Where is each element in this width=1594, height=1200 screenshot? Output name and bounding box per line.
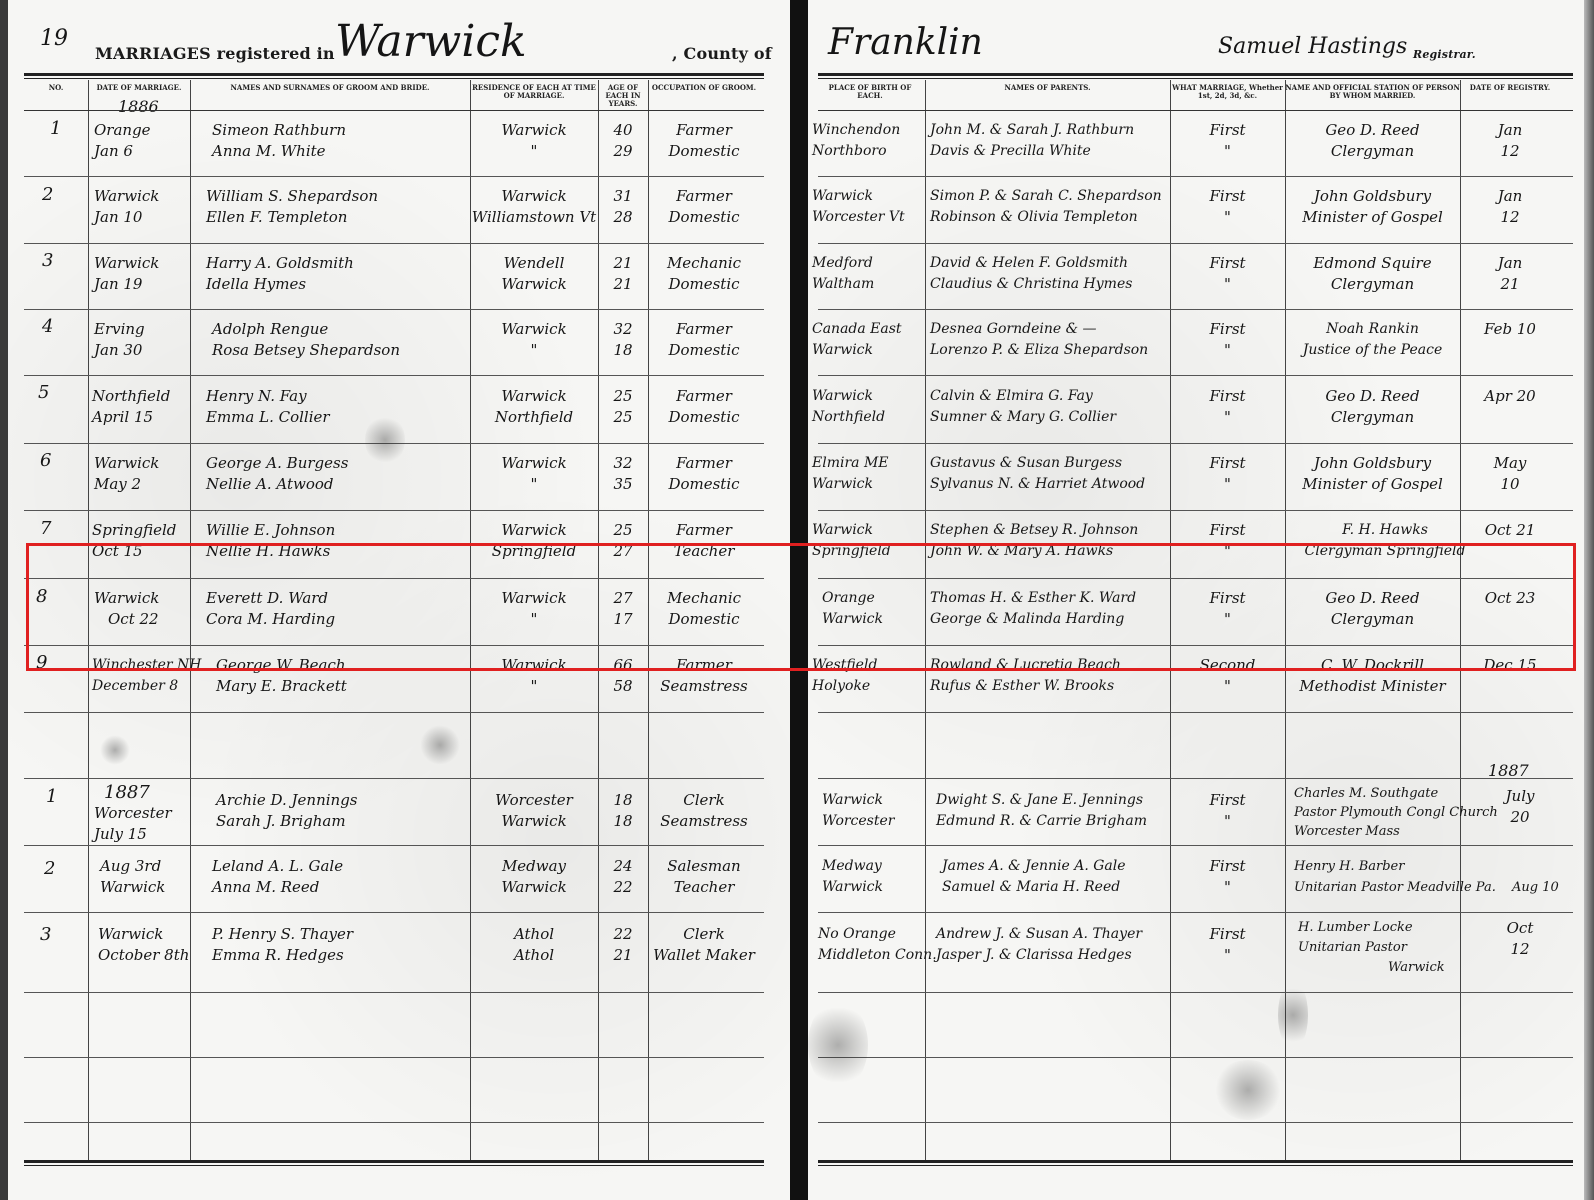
occupation: MechanicDomestic: [648, 588, 760, 630]
registry-date: Feb 10: [1460, 319, 1560, 340]
occupation: FarmerTeacher: [648, 520, 760, 562]
col-header-registry-date: DATE OF REGISTRY.: [1460, 84, 1560, 110]
what-marriage: First": [1170, 924, 1285, 966]
row-divider: [24, 712, 764, 713]
row-divider: [818, 778, 1573, 779]
record-no: 2: [44, 858, 55, 879]
parents: Rowland & Lucretia BeachRufus & Esther W…: [930, 655, 1121, 697]
officiant: H. Lumber LockeUnitarian PastorWarwick: [1298, 918, 1445, 978]
county-label: , County of: [672, 44, 772, 63]
col-header-occupation: OCCUPATION OF GROOM.: [648, 84, 760, 110]
residence: WarwickSpringfield: [470, 520, 598, 562]
marriage-date: Winchester NHDecember 8: [92, 655, 201, 697]
row-divider: [24, 578, 764, 579]
occupation: ClerkSeamstress: [648, 790, 760, 832]
marriage-date: WarwickOct 22: [94, 588, 159, 630]
officiant: John GoldsburyMinister of Gospel: [1285, 453, 1460, 495]
what-marriage: First": [1170, 386, 1285, 428]
ink-stain: [1278, 980, 1308, 1050]
town-name: Warwick: [335, 16, 527, 67]
row-divider: [24, 1057, 764, 1058]
record-no: 6: [40, 450, 51, 471]
groom-bride-names: Adolph RengueRosa Betsey Shepardson: [212, 319, 400, 361]
ages: 1818: [598, 790, 648, 832]
record-no: 9: [36, 652, 47, 673]
groom-bride-names: Henry N. FayEmma L. Collier: [206, 386, 330, 428]
birthplace: WarwickNorthfield: [812, 386, 885, 428]
occupation: FarmerDomestic: [648, 386, 760, 428]
col-header-parents: NAMES OF PARENTS.: [925, 84, 1170, 110]
residence: Warwick": [470, 319, 598, 361]
double-rule-top: [818, 73, 1573, 76]
parents: Thomas H. & Esther K. WardGeorge & Malin…: [930, 588, 1136, 630]
ages: 2525: [598, 386, 648, 428]
ink-stain: [808, 1000, 868, 1090]
row-divider: [818, 243, 1573, 244]
ink-stain: [1213, 1060, 1283, 1120]
what-marriage: Second": [1170, 655, 1285, 697]
marriage-date: ErvingJan 30: [94, 319, 145, 361]
marriage-date: Aug 3rdWarwick: [100, 856, 165, 898]
col-header-age: AGE OF EACH IN YEARS.: [598, 84, 648, 110]
birthplace: MedwayWarwick: [822, 856, 883, 898]
occupation: SalesmanTeacher: [648, 856, 760, 898]
row-divider: [818, 375, 1573, 376]
what-marriage: First": [1170, 856, 1285, 898]
ages: 3128: [598, 186, 648, 228]
occupation: FarmerDomestic: [648, 186, 760, 228]
officiant: Henry H. BarberUnitarian Pastor Meadvill…: [1294, 856, 1496, 898]
bottom-rule-thin: [818, 1165, 1573, 1166]
groom-bride-names: Leland A. L. GaleAnna M. Reed: [212, 856, 343, 898]
residence: WorcesterWarwick: [470, 790, 598, 832]
marriage-date: WarwickOctober 8th: [98, 924, 189, 966]
registry-date: Oct12: [1480, 918, 1560, 960]
residence: WendellWarwick: [470, 253, 598, 295]
register-title: MARRIAGES registered in: [95, 44, 335, 63]
record-no: 3: [40, 924, 51, 945]
what-marriage: First": [1170, 120, 1285, 162]
registry-date: Apr 20: [1460, 386, 1560, 407]
parents: Desnea Gorndeine & —Lorenzo P. & Eliza S…: [930, 319, 1148, 361]
ages: 4029: [598, 120, 648, 162]
occupation: ClerkWallet Maker: [648, 924, 760, 966]
officiant: John GoldsburyMinister of Gospel: [1285, 186, 1460, 228]
officiant: Noah RankinJustice of the Peace: [1285, 319, 1460, 361]
row-divider: [818, 845, 1573, 846]
birthplace: WarwickWorcester: [822, 790, 894, 832]
double-rule-bottom: [24, 78, 764, 79]
ledger-page-left: 19 MARRIAGES registered in Warwick , Cou…: [0, 0, 792, 1200]
row-divider: [818, 645, 1573, 646]
residence: AtholAthol: [470, 924, 598, 966]
ages: 6658: [598, 655, 648, 697]
col-header-what-marriage: WHAT MARRIAGE, Whether 1st, 2d, 3d, &c.: [1170, 84, 1285, 110]
ages: 2422: [598, 856, 648, 898]
residence: MedwayWarwick: [470, 856, 598, 898]
bottom-rule-thin: [24, 1165, 764, 1166]
residence: WarwickWilliamstown Vt: [470, 186, 598, 228]
what-marriage: First": [1170, 790, 1285, 832]
title-prefix: MARRIAGES registered in: [95, 44, 335, 63]
groom-bride-names: George A. BurgessNellie A. Atwood: [206, 453, 348, 495]
occupation: FarmerDomestic: [648, 453, 760, 495]
parents: Simon P. & Sarah C. ShepardsonRobinson &…: [930, 186, 1162, 228]
registry-date: Jan12: [1460, 120, 1560, 162]
parents: David & Helen F. GoldsmithClaudius & Chr…: [930, 253, 1132, 295]
row-divider: [818, 578, 1573, 579]
what-marriage: First": [1170, 453, 1285, 495]
row-divider: [818, 510, 1573, 511]
ages: 2527: [598, 520, 648, 562]
book-gutter: [790, 0, 810, 1200]
residence: Warwick": [470, 120, 598, 162]
marriage-date: WarwickJan 10: [94, 186, 159, 228]
parents: Stephen & Betsey R. JohnsonJohn W. & Mar…: [930, 520, 1138, 562]
ages: 2717: [598, 588, 648, 630]
birthplace: No OrangeMiddleton Conn.: [818, 924, 937, 966]
row-divider: [24, 243, 764, 244]
birthplace: Canada EastWarwick: [812, 319, 902, 361]
marriage-date: WarwickJan 19: [94, 253, 159, 295]
officiant: F. H. HawksClergyman Springfield: [1285, 520, 1485, 562]
row-divider: [24, 110, 764, 111]
row-divider: [24, 309, 764, 310]
row-divider: [818, 712, 1573, 713]
groom-bride-names: Simeon RathburnAnna M. White: [212, 120, 346, 162]
row-divider: [24, 992, 764, 993]
groom-bride-names: Everett D. WardCora M. Harding: [206, 588, 335, 630]
row-divider: [24, 912, 764, 913]
row-divider: [24, 1122, 764, 1123]
page-number: 19: [40, 26, 68, 51]
occupation: MechanicDomestic: [648, 253, 760, 295]
registry-date: Oct 21: [1460, 520, 1560, 541]
residence: WarwickNorthfield: [470, 386, 598, 428]
parents: Calvin & Elmira G. FaySumner & Mary G. C…: [930, 386, 1116, 428]
residence: Warwick": [470, 655, 598, 697]
birthplace: Elmira MEWarwick: [812, 453, 889, 495]
year-1886-label: 1886: [118, 96, 159, 117]
record-no: 4: [42, 316, 53, 337]
ledger-page-right: Franklin Samuel Hastings Registrar. PLAC…: [808, 0, 1594, 1200]
col-header-officiant: NAME AND OFFICIAL STATION OF PERSON BY W…: [1285, 84, 1460, 110]
registry-date: Aug 10: [1512, 877, 1559, 898]
row-divider: [24, 645, 764, 646]
col-header-birthplace: PLACE OF BIRTH OF EACH.: [815, 84, 925, 110]
what-marriage: First": [1170, 319, 1285, 361]
officiant: C. W. DockrillMethodist Minister: [1285, 655, 1460, 697]
registry-date: May10: [1460, 453, 1560, 495]
birthplace: WinchendonNorthboro: [812, 120, 900, 162]
residence: Warwick": [470, 588, 598, 630]
record-no: 2: [42, 184, 53, 205]
record-no: 3: [42, 250, 53, 271]
marriage-date: SpringfieldOct 15: [92, 520, 176, 562]
residence: Warwick": [470, 453, 598, 495]
row-divider: [818, 443, 1573, 444]
parents: Dwight S. & Jane E. JenningsEdmund R. & …: [936, 790, 1147, 832]
registry-date: Dec 15: [1460, 655, 1560, 676]
row-divider: [818, 176, 1573, 177]
registry-date: Oct 23: [1460, 588, 1560, 609]
officiant: Geo D. ReedClergyman: [1285, 386, 1460, 428]
row-divider: [818, 1122, 1573, 1123]
ink-stain: [100, 735, 130, 765]
col-header-no: NO.: [24, 84, 88, 110]
birthplace: WarwickSpringfield: [812, 520, 891, 562]
row-divider: [24, 778, 764, 779]
year-1887-registry-label: 1887: [1488, 760, 1529, 781]
officiant: Charles M. SouthgatePastor Plymouth Cong…: [1294, 784, 1498, 841]
col-header-names: NAMES AND SURNAMES OF GROOM AND BRIDE.: [190, 84, 470, 110]
birthplace: MedfordWaltham: [812, 253, 874, 295]
groom-bride-names: William S. ShepardsonEllen F. Templeton: [206, 186, 378, 228]
record-no: 1: [46, 786, 57, 807]
birthplace: OrangeWarwick: [822, 588, 883, 630]
row-divider: [24, 510, 764, 511]
ink-stain: [420, 725, 460, 765]
ages: 3218: [598, 319, 648, 361]
groom-bride-names: Harry A. GoldsmithIdella Hymes: [206, 253, 354, 295]
what-marriage: First": [1170, 588, 1285, 630]
row-divider: [818, 992, 1573, 993]
parents: Andrew J. & Susan A. ThayerJasper J. & C…: [936, 924, 1142, 966]
ages: 3235: [598, 453, 648, 495]
marriage-date: WarwickMay 2: [94, 453, 159, 495]
occupation: FarmerSeamstress: [648, 655, 760, 697]
officiant: Geo D. ReedClergyman: [1285, 120, 1460, 162]
page-edge-right: [1584, 0, 1594, 1200]
registry-date: Jan21: [1460, 253, 1560, 295]
row-divider: [818, 309, 1573, 310]
row-divider: [818, 110, 1573, 111]
ink-stain: [365, 415, 405, 465]
registrar-label: Registrar.: [1413, 48, 1476, 61]
occupation: FarmerDomestic: [648, 319, 760, 361]
marriage-date: 1887WorcesterJuly 15: [94, 782, 172, 845]
record-no: 7: [40, 518, 51, 539]
what-marriage: First": [1170, 253, 1285, 295]
groom-bride-names: P. Henry S. ThayerEmma R. Hedges: [212, 924, 353, 966]
record-no: 5: [38, 382, 49, 403]
marriage-date: OrangeJan 6: [94, 120, 151, 162]
bottom-rule: [24, 1160, 764, 1163]
occupation: FarmerDomestic: [648, 120, 760, 162]
birthplace: WestfieldHolyoke: [812, 655, 877, 697]
marriage-date: NorthfieldApril 15: [92, 386, 170, 428]
what-marriage: First": [1170, 520, 1285, 562]
row-divider: [818, 1057, 1573, 1058]
col-header-residence: RESIDENCE OF EACH AT TIME OF MARRIAGE.: [470, 84, 598, 110]
officiant: Geo D. ReedClergyman: [1285, 588, 1460, 630]
record-no: 1: [50, 118, 61, 139]
what-marriage: First": [1170, 186, 1285, 228]
officiant: Edmond SquireClergyman: [1285, 253, 1460, 295]
record-no: 8: [36, 586, 47, 607]
ages: 2221: [598, 924, 648, 966]
parents: Gustavus & Susan BurgessSylvanus N. & Ha…: [930, 453, 1145, 495]
registrar-signature: Samuel Hastings: [1218, 34, 1407, 59]
groom-bride-names: Archie D. JenningsSarah J. Brigham: [216, 790, 358, 832]
registry-date: Jan12: [1460, 186, 1560, 228]
row-divider: [818, 912, 1573, 913]
row-divider: [24, 375, 764, 376]
page-edge-left: [0, 0, 8, 1200]
birthplace: WarwickWorcester Vt: [812, 186, 905, 228]
row-divider: [24, 845, 764, 846]
ages: 2121: [598, 253, 648, 295]
parents: James A. & Jennie A. GaleSamuel & Maria …: [942, 856, 1126, 898]
groom-bride-names: Willie E. JohnsonNellie H. Hawks: [206, 520, 335, 562]
double-rule-bottom: [818, 78, 1573, 79]
row-divider: [24, 176, 764, 177]
registry-date: July20: [1480, 786, 1560, 828]
parents: John M. & Sarah J. RathburnDavis & Preci…: [930, 120, 1134, 162]
double-rule-top: [24, 73, 764, 76]
groom-bride-names: George W. BeachMary E. Brackett: [216, 655, 347, 697]
bottom-rule: [818, 1160, 1573, 1163]
county-name: Franklin: [828, 22, 983, 63]
